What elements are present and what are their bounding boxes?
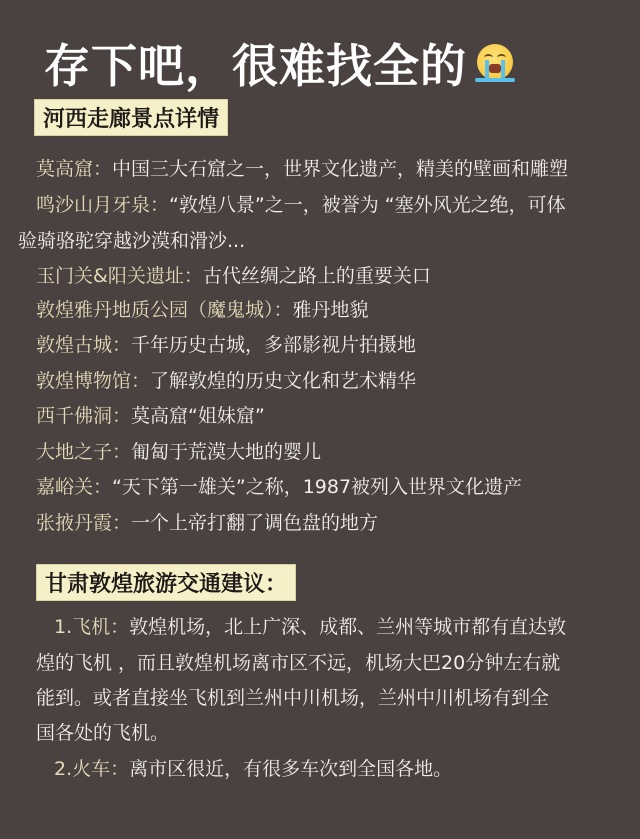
transport-item: 1.飞机：敦煌机场，北上广深、成都、兰州等城市都有直达敦 xyxy=(54,612,566,639)
page-title: 存下吧，很难找全的 xyxy=(44,30,515,96)
title-text: 存下吧，很难找全的 xyxy=(44,30,467,96)
transport-item-continuation: 国各处的飞机。 xyxy=(36,718,169,745)
list-item: 敦煌博物馆：了解敦煌的历史文化和艺术精华 xyxy=(36,366,416,393)
transport-item: 2.火车：离市区很近，有很多车次到全国各地。 xyxy=(54,754,452,781)
list-item: 玉门关&阳关遗址：古代丝绸之路上的重要关口 xyxy=(36,261,431,288)
crying-face-icon xyxy=(475,42,515,84)
list-item: 鸣沙山月牙泉：“敦煌八景”之一，被誉为 “塞外风光之绝，可体 xyxy=(36,190,566,217)
transport-item-continuation: 煌的飞机 ，而且敦煌机场离市区不远，机场大巴20分钟左右就 xyxy=(36,648,560,675)
list-item: 张掖丹霞：一个上帝打翻了调色盘的地方 xyxy=(36,508,378,535)
list-item: 大地之子：匍匐于荒漠大地的婴儿 xyxy=(36,437,321,464)
list-item-continuation: 验骑骆驼穿越沙漠和滑沙... xyxy=(18,226,245,253)
section-heading-attractions: 河西走廊景点详情 xyxy=(34,99,228,136)
section-heading-transport: 甘肃敦煌旅游交通建议： xyxy=(36,564,296,601)
list-item: 嘉峪关：“天下第一雄关”之称，1987被列入世界文化遗产 xyxy=(36,472,522,499)
list-item: 敦煌古城：千年历史古城，多部影视片拍摄地 xyxy=(36,330,416,357)
list-item: 莫高窟：中国三大石窟之一，世界文化遗产，精美的壁画和雕塑 xyxy=(36,154,568,181)
list-item: 敦煌雅丹地质公园（魔鬼城）：雅丹地貌 xyxy=(36,295,369,322)
list-item: 西千佛洞：莫高窟“姐妹窟” xyxy=(36,401,265,428)
transport-item-continuation: 能到。或者直接坐飞机到兰州中川机场，兰州中川机场有到全 xyxy=(36,683,549,710)
